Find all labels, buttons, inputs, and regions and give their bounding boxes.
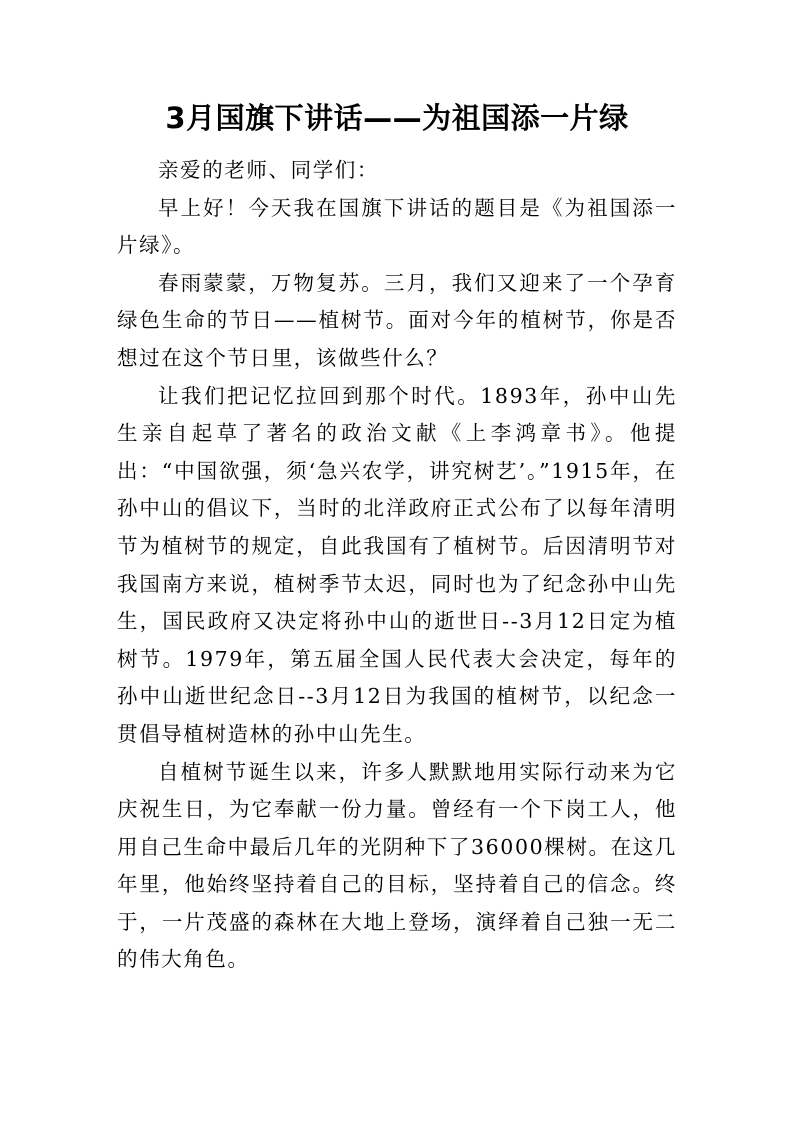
paragraph-greeting: 亲爱的老师、同学们： (117, 152, 677, 190)
paragraph-example: 自植树节诞生以来，许多人默默地用实际行动来为它庆祝生日，为它奉献一份力量。曾经有… (117, 754, 677, 980)
paragraph-spring: 春雨蒙蒙，万物复苏。三月，我们又迎来了一个孕育绿色生命的节日——植树节。面对今年… (117, 265, 677, 378)
document-title: 3月国旗下讲话——为祖国添一片绿 (117, 94, 677, 142)
document-page: 3月国旗下讲话——为祖国添一片绿 亲爱的老师、同学们： 早上好！今天我在国旗下讲… (117, 94, 677, 979)
paragraph-topic: 早上好！今天我在国旗下讲话的题目是《为祖国添一片绿》。 (117, 190, 677, 265)
paragraph-history: 让我们把记忆拉回到那个时代。1893年，孙中山先生亲自起草了著名的政治文献《上李… (117, 378, 677, 754)
